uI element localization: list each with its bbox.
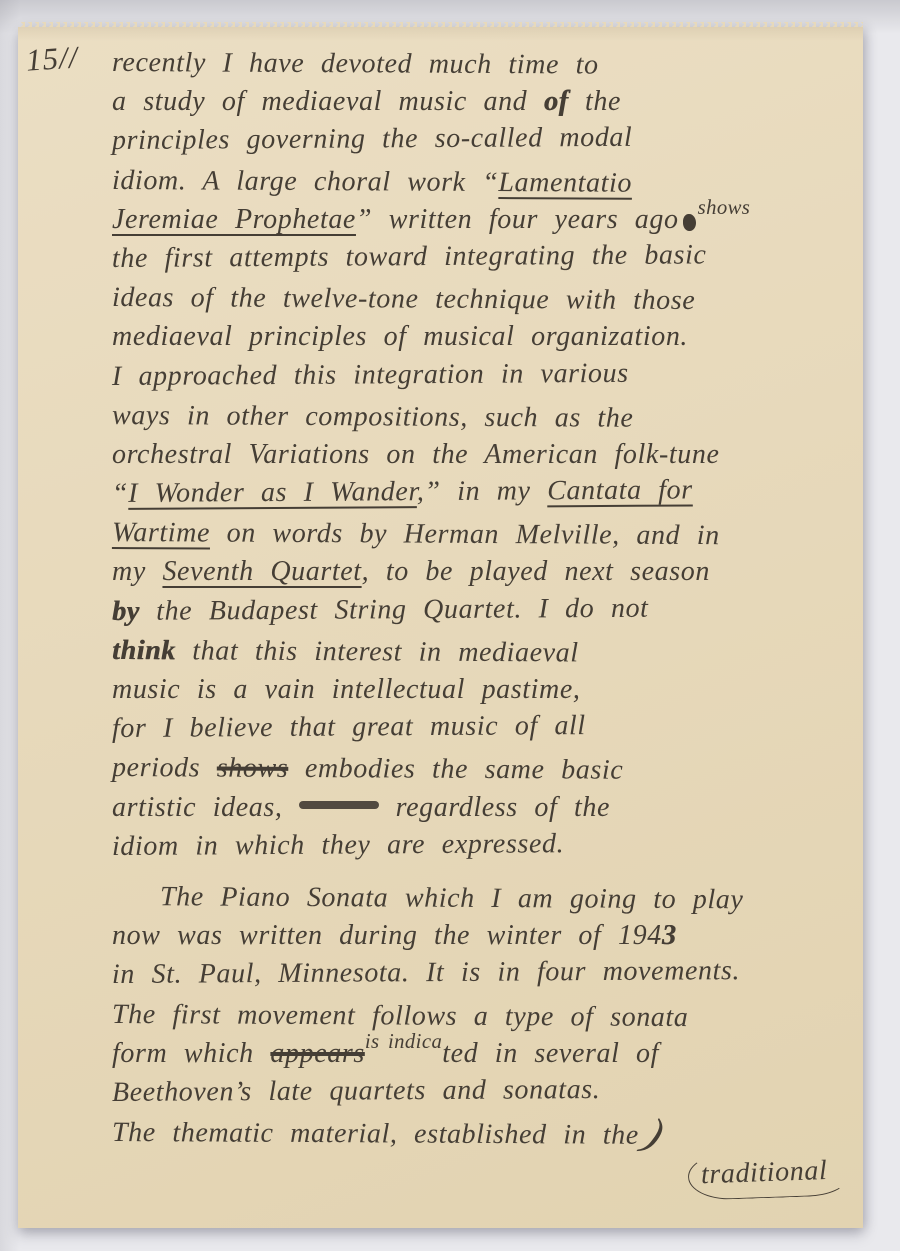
inserted-word: shows [698, 189, 751, 228]
overwritten-word: 3 [662, 920, 677, 951]
manuscript-line: recently I have devoted much time to [112, 43, 856, 86]
insertion-curve: ) [639, 1114, 669, 1156]
manuscript-line: orchestral Variations on the American fo… [112, 435, 856, 474]
manuscript-line: Jeremiae Prophetae” written four years a… [112, 200, 856, 239]
manuscript-line: artistic ideas, regardless of the [112, 788, 856, 827]
handwritten-text: embodies the same basic [288, 753, 623, 786]
manuscript-line: traditional [112, 1151, 856, 1190]
manuscript-line: form which appearsis indicated in severa… [112, 1034, 856, 1073]
underlined-title: Lamentatio [498, 167, 632, 199]
manuscript-line: in St. Paul, Minnesota. It is in four mo… [112, 951, 856, 995]
scanned-manuscript: { "colors": { "background": "#e9e9ed", "… [0, 0, 900, 1251]
manuscript-page: 15// recently I have devoted much time t… [18, 27, 863, 1228]
paper-edge-shading [18, 27, 863, 41]
manuscript-line: my Seventh Quartet, to be played next se… [112, 552, 856, 591]
manuscript-line: a study of mediaeval music and of the [112, 82, 856, 121]
handwritten-text: recently I have devoted much time to [112, 47, 599, 81]
ink-blot [683, 214, 696, 231]
manuscript-line: “I Wonder as I Wander,” in my Cantata fo… [112, 470, 856, 514]
handwritten-text: the first attempts toward integrating th… [112, 239, 707, 274]
manuscript-line: the first attempts toward integrating th… [112, 234, 856, 278]
manuscript-text: recently I have devoted much time toa st… [112, 43, 856, 1190]
manuscript-line: for I believe that great music of all [112, 705, 856, 749]
handwritten-text: artistic ideas, [112, 792, 299, 823]
manuscript-line: periods shows embodies the same basic [112, 748, 856, 791]
handwritten-text: that this interest in mediaeval [176, 635, 579, 668]
handwritten-text: ted in several of [442, 1038, 659, 1069]
handwritten-text: regardless of the [379, 792, 610, 823]
handwritten-text: idiom in which they are expressed. [112, 828, 564, 862]
manuscript-line: The Piano Sonata which I am going to pla… [112, 877, 856, 920]
handwritten-text: form which [112, 1038, 270, 1069]
handwritten-text: orchestral Variations on the American fo… [112, 439, 719, 470]
manuscript-line: The thematic material, established in th… [112, 1112, 856, 1155]
overwritten-word: think [112, 635, 176, 666]
overwritten-word: by [112, 595, 140, 626]
scribbled-out-word [299, 801, 379, 809]
struck-word: appears [270, 1038, 364, 1069]
handwritten-text: ” written four years ago [356, 204, 679, 235]
manuscript-line: think that this interest in mediaeval [112, 631, 856, 674]
manuscript-line: mediaeval principles of musical organiza… [112, 317, 856, 356]
underlined-title: Jeremiae Prophetae [112, 204, 356, 235]
handwritten-text: ,” in my [417, 475, 548, 507]
manuscript-line: now was written during the winter of 194… [112, 916, 856, 955]
handwritten-text: music is a vain intellectual pastime, [112, 674, 580, 705]
manuscript-line: music is a vain intellectual pastime, [112, 670, 856, 709]
scanner-shadow-left [0, 0, 20, 1251]
manuscript-line: I approached this integration in various [112, 352, 856, 396]
handwritten-text: the Budapest String Quartet. I do not [140, 592, 649, 626]
struck-word: shows [217, 753, 289, 784]
underlined-title: Seventh Quartet [162, 556, 361, 587]
underlined-title: Cantata for [547, 475, 693, 507]
manuscript-line: Wartime on words by Herman Melville, and… [112, 513, 856, 556]
handwritten-text: a study of mediaeval music and [112, 86, 544, 117]
manuscript-line: by the Budapest String Quartet. I do not [112, 587, 856, 631]
handwritten-text: , to be played next season [362, 556, 710, 587]
handwritten-text: now was written during the winter of 194 [112, 920, 662, 951]
manuscript-line: ideas of the twelve-tone technique with … [112, 278, 856, 321]
handwritten-text: in St. Paul, Minnesota. It is in four mo… [112, 955, 740, 990]
underlined-title: Wartime [112, 517, 210, 549]
handwritten-text: The thematic material, established in th… [112, 1117, 639, 1151]
underlined-title: I Wonder as I Wander [128, 476, 417, 509]
manuscript-line: principles governing the so-called modal [112, 117, 856, 161]
circled-insertion-word: traditional [687, 1149, 847, 1202]
manuscript-line: The first movement follows a type of son… [112, 995, 856, 1038]
handwritten-text: for I believe that great music of all [112, 710, 586, 744]
handwritten-text: idiom. A large choral work “ [112, 165, 499, 198]
handwritten-text: The Piano Sonata which I am going to pla… [160, 881, 744, 915]
handwritten-text: principles governing the so-called modal [112, 122, 633, 156]
page-number: 15// [25, 39, 80, 79]
handwritten-text: the [568, 86, 621, 117]
handwritten-text: on words by Herman Melville, and in [210, 518, 720, 552]
manuscript-line: Beethoven’s late quartets and sonatas. [112, 1068, 856, 1112]
inserted-word: is indica [365, 1023, 442, 1062]
overwritten-word: of [544, 86, 569, 117]
handwritten-text: my [112, 556, 162, 587]
manuscript-line: idiom in which they are expressed. [112, 822, 856, 866]
manuscript-line: ways in other compositions, such as the [112, 396, 856, 439]
handwritten-text: I approached this integration in various [112, 357, 629, 391]
handwritten-text: periods [112, 752, 217, 784]
handwritten-text: ways in other compositions, such as the [112, 400, 634, 434]
handwritten-text: ideas of the twelve-tone technique with … [112, 282, 695, 316]
handwritten-text: Beethoven’s late quartets and sonatas. [112, 1074, 601, 1108]
handwritten-text: “ [112, 478, 128, 509]
handwritten-text: mediaeval principles of musical organiza… [112, 321, 688, 352]
